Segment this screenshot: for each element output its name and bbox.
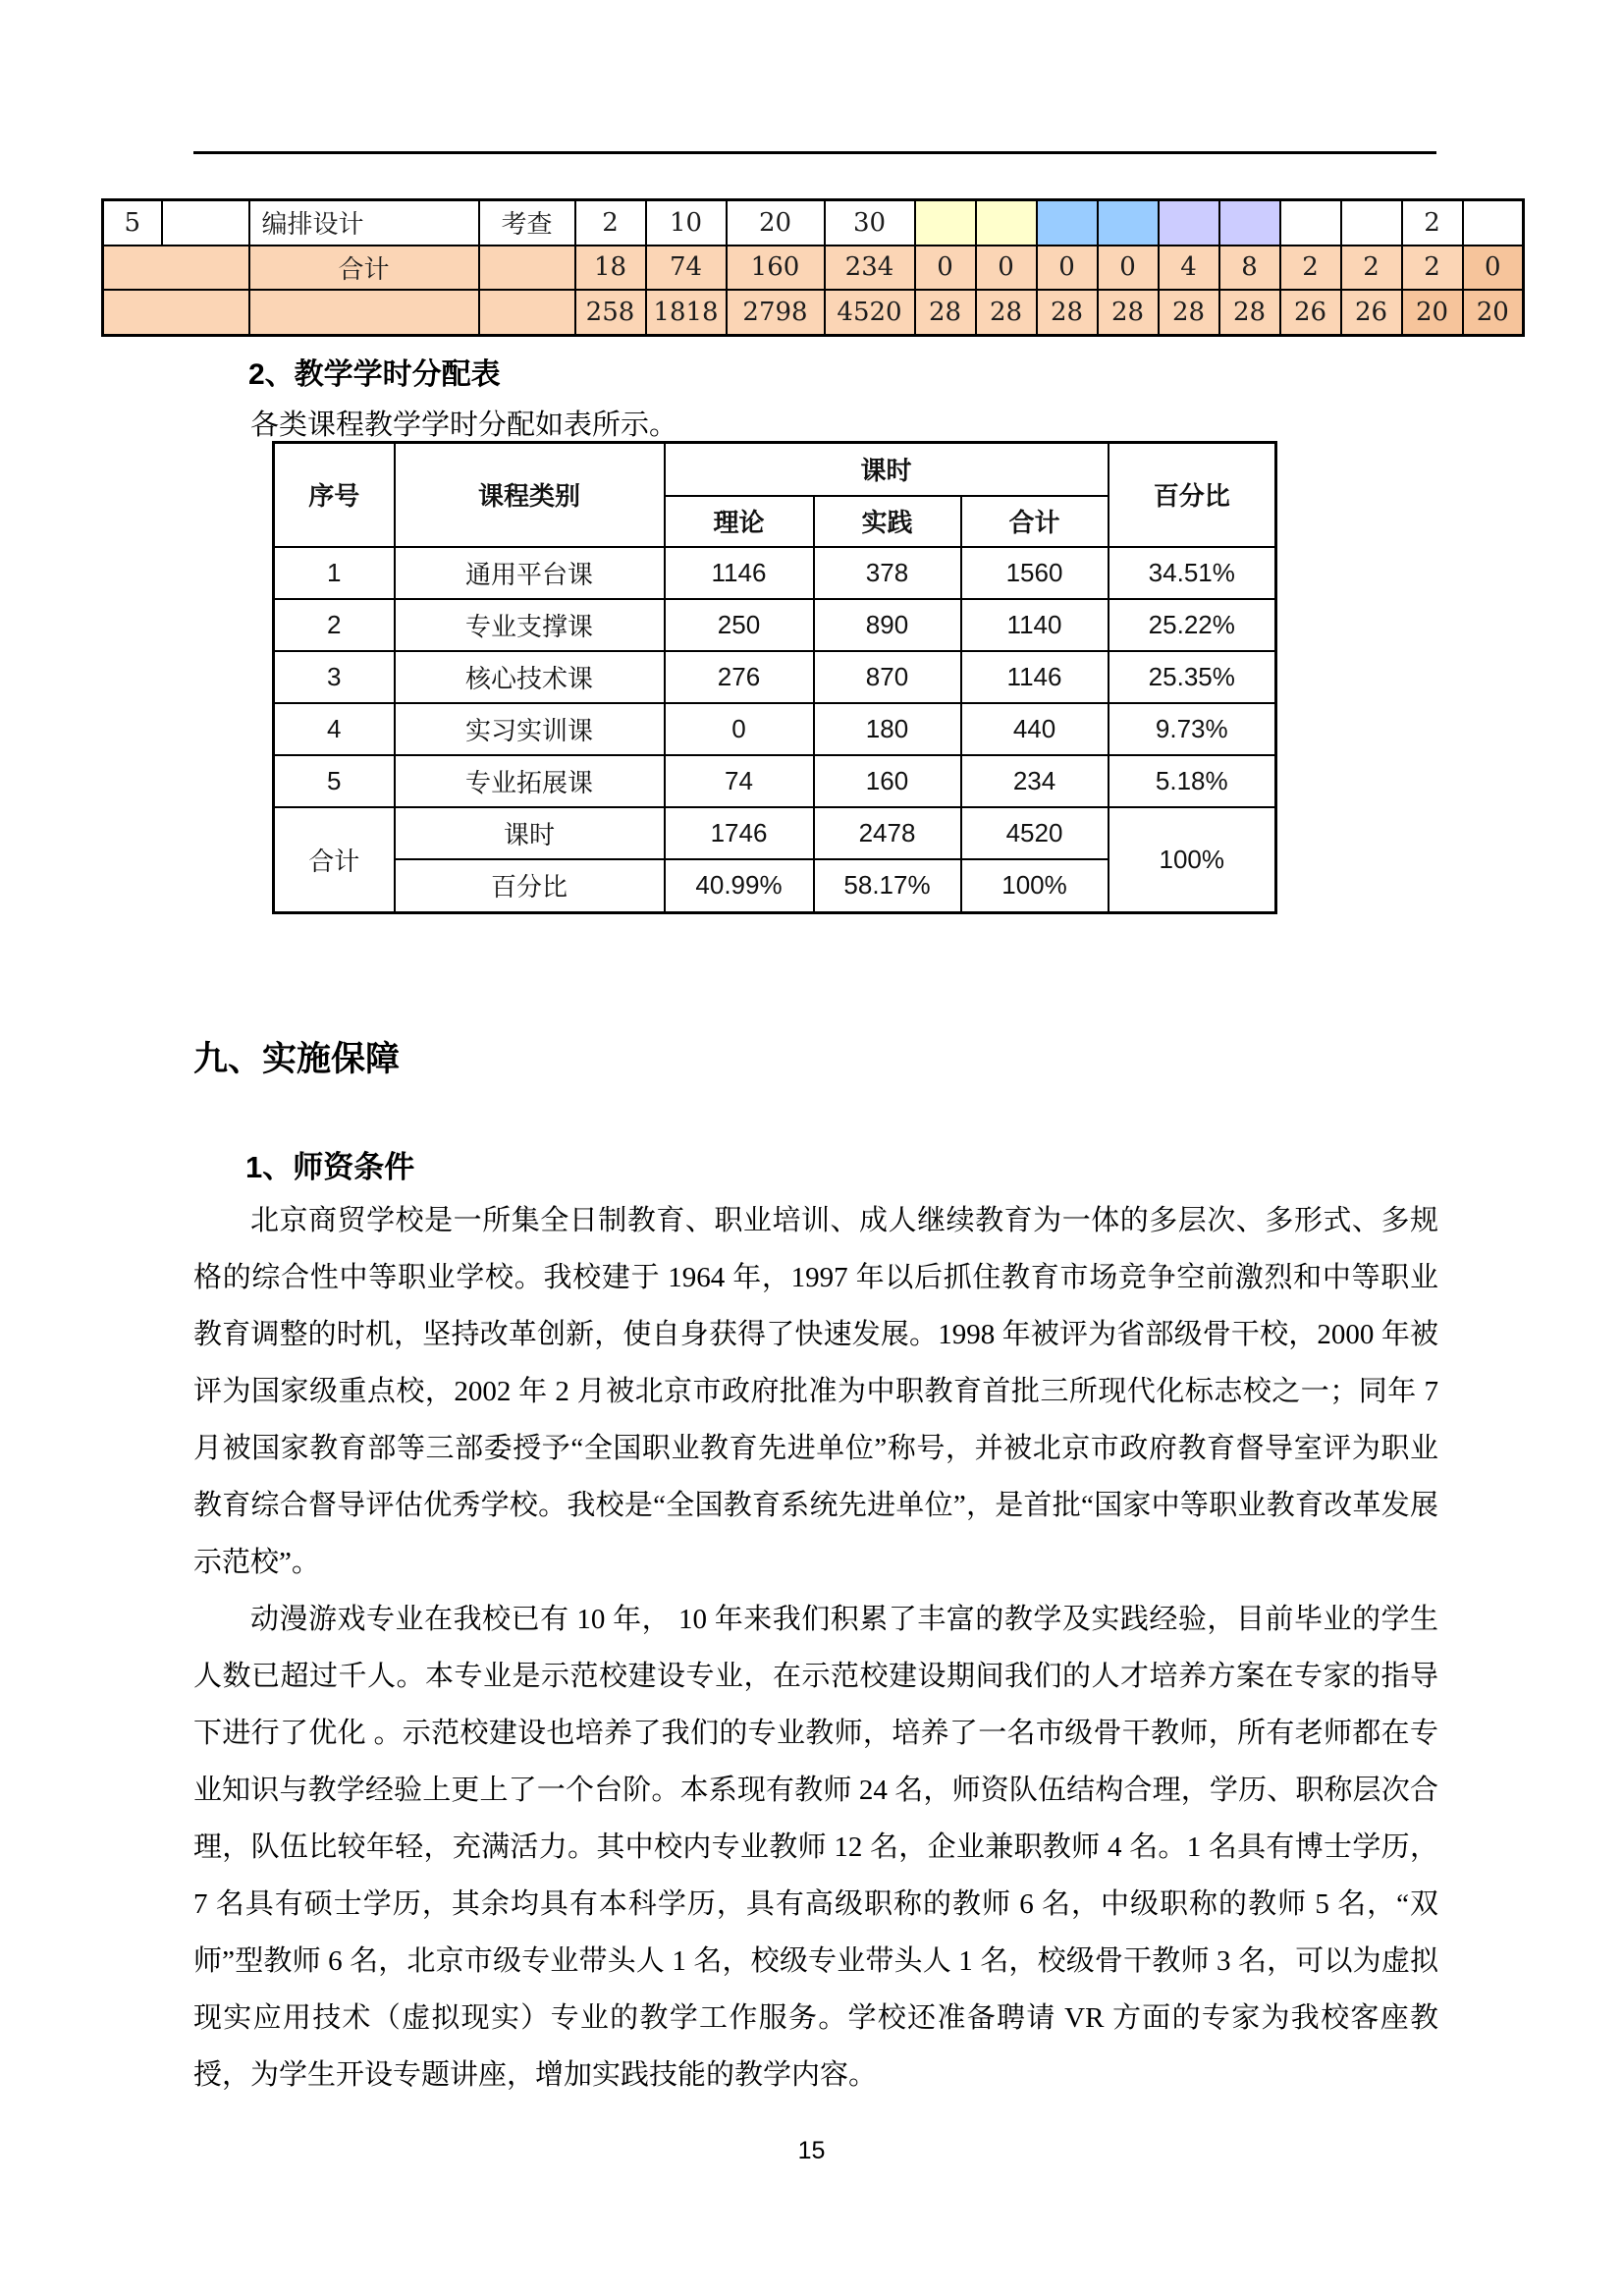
table-cell: 870 (814, 651, 961, 703)
table-cell: 1746 (665, 807, 814, 859)
table-cell: 234 (961, 755, 1109, 807)
table-cell: 8 (1219, 246, 1280, 290)
table-cell: 28 (1098, 290, 1159, 336)
table-cell: 2 (1402, 200, 1463, 246)
table-cell: 2798 (727, 290, 825, 336)
table-cell (249, 290, 479, 336)
table-cell: 3 (274, 651, 395, 703)
table-cell (1037, 200, 1098, 246)
table-cell (1463, 200, 1524, 246)
table-row: 1 通用平台课 1146 378 1560 34.51% (274, 547, 1276, 599)
hours-allocation-table: 序号 课程类别 课时 百分比 理论 实践 合计 1 通用平台课 1146 378… (272, 441, 1277, 914)
table-cell: 100% (961, 859, 1109, 913)
header-no: 序号 (274, 443, 395, 547)
table-cell: 26 (1280, 290, 1341, 336)
table-cell: 58.17% (814, 859, 961, 913)
table-cell: 28 (1219, 290, 1280, 336)
table-cell: 890 (814, 599, 961, 651)
table-cell: 4520 (961, 807, 1109, 859)
table-cell: 28 (976, 290, 1037, 336)
header-hours: 课时 (665, 443, 1109, 496)
table-cell: 2 (1280, 246, 1341, 290)
table-cell: 9.73% (1109, 703, 1276, 755)
table-cell: 2 (1341, 246, 1402, 290)
table-cell: 28 (915, 290, 976, 336)
table-cell: 180 (814, 703, 961, 755)
table-cell: 20 (1402, 290, 1463, 336)
table-cell: 74 (646, 246, 727, 290)
summary-hours-label-cell: 课时 (395, 807, 665, 859)
header-total: 合计 (961, 496, 1109, 547)
table-cell: 10 (646, 200, 727, 246)
table-cell: 4520 (825, 290, 915, 336)
table-cell: 实习实训课 (395, 703, 665, 755)
table-cell: 2 (1402, 246, 1463, 290)
table-cell: 0 (976, 246, 1037, 290)
header-rule (193, 151, 1436, 154)
table-cell (103, 290, 249, 336)
table-row: 2 专业支撑课 250 890 1140 25.22% (274, 599, 1276, 651)
table-row: 合计 18 74 160 234 0 0 0 0 4 8 2 2 2 0 (103, 246, 1524, 290)
table-cell: 258 (575, 290, 646, 336)
body-text: 北京商贸学校是一所集全日制教育、职业培训、成人继续教育为一体的多层次、多形式、多… (193, 1192, 1438, 2104)
table-cell: 0 (1463, 246, 1524, 290)
table-cell (1098, 200, 1159, 246)
table-cell: 专业拓展课 (395, 755, 665, 807)
overall-percent-cell: 100% (1109, 807, 1276, 913)
table-cell (1219, 200, 1280, 246)
page-number: 15 (0, 2137, 1623, 2165)
table-cell: 5 (274, 755, 395, 807)
table-cell (976, 200, 1037, 246)
table-cell: 专业支撑课 (395, 599, 665, 651)
table-row: 5 专业拓展课 74 160 234 5.18% (274, 755, 1276, 807)
table-cell (915, 200, 976, 246)
table-cell (479, 246, 575, 290)
table-cell: 2 (575, 200, 646, 246)
table-cell: 26 (1341, 290, 1402, 336)
course-plan-table: 5 编排设计 考查 2 10 20 30 2 合计 18 74 160 (101, 198, 1525, 337)
table-header-row: 序号 课程类别 课时 百分比 (274, 443, 1276, 496)
table-cell (162, 200, 249, 246)
section-heading-implementation: 九、实施保障 (193, 1032, 400, 1081)
table-cell: 5.18% (1109, 755, 1276, 807)
row-number-cell: 5 (103, 200, 162, 246)
summary-label-cell: 合计 (274, 807, 395, 913)
table-cell: 28 (1037, 290, 1098, 336)
table-cell: 378 (814, 547, 961, 599)
table-cell: 74 (665, 755, 814, 807)
table-cell: 核心技术课 (395, 651, 665, 703)
summary-percent-label-cell: 百分比 (395, 859, 665, 913)
table-cell: 0 (915, 246, 976, 290)
table-cell (479, 290, 575, 336)
table-cell: 18 (575, 246, 646, 290)
table-cell: 250 (665, 599, 814, 651)
table-row: 4 实习实训课 0 180 440 9.73% (274, 703, 1276, 755)
header-theory: 理论 (665, 496, 814, 547)
table-cell: 160 (814, 755, 961, 807)
table-row: 5 编排设计 考查 2 10 20 30 2 (103, 200, 1524, 246)
table-cell: 25.22% (1109, 599, 1276, 651)
table-cell: 28 (1159, 290, 1219, 336)
table-cell: 34.51% (1109, 547, 1276, 599)
table-cell: 276 (665, 651, 814, 703)
table-row: 258 1818 2798 4520 28 28 28 28 28 28 26 … (103, 290, 1524, 336)
table-cell: 160 (727, 246, 825, 290)
table-cell: 20 (727, 200, 825, 246)
table-cell: 通用平台课 (395, 547, 665, 599)
paragraph-faculty: 动漫游戏专业在我校已有 10 年， 10 年来我们积累了丰富的教学及实践经验，目… (193, 1591, 1438, 2104)
table-cell: 0 (1037, 246, 1098, 290)
header-percent: 百分比 (1109, 443, 1276, 547)
header-practice: 实践 (814, 496, 961, 547)
table-cell (1159, 200, 1219, 246)
hours-table-intro: 各类课程教学学时分配如表所示。 (250, 403, 677, 443)
table-row: 3 核心技术课 276 870 1146 25.35% (274, 651, 1276, 703)
exam-type-cell: 考查 (479, 200, 575, 246)
table-cell (103, 246, 249, 290)
table-cell: 1560 (961, 547, 1109, 599)
total-label-cell: 合计 (249, 246, 479, 290)
document-page: 5 编排设计 考查 2 10 20 30 2 合计 18 74 160 (0, 0, 1623, 2296)
table-cell: 0 (665, 703, 814, 755)
table-cell: 30 (825, 200, 915, 246)
table-summary-row: 合计 课时 1746 2478 4520 100% (274, 807, 1276, 859)
table-cell: 1818 (646, 290, 727, 336)
table-cell: 0 (1098, 246, 1159, 290)
table-cell: 2478 (814, 807, 961, 859)
table-cell: 1146 (961, 651, 1109, 703)
section-heading-hours-table: 2、教学学时分配表 (248, 350, 501, 393)
table-cell: 40.99% (665, 859, 814, 913)
table-cell: 1 (274, 547, 395, 599)
paragraph-school-intro: 北京商贸学校是一所集全日制教育、职业培训、成人继续教育为一体的多层次、多形式、多… (193, 1192, 1438, 1591)
table-cell: 440 (961, 703, 1109, 755)
table-cell: 2 (274, 599, 395, 651)
table-cell (1280, 200, 1341, 246)
table-cell: 1140 (961, 599, 1109, 651)
subsection-heading-teachers: 1、师资条件 (245, 1142, 414, 1186)
table-cell: 4 (1159, 246, 1219, 290)
course-name-cell: 编排设计 (249, 200, 479, 246)
table-cell: 25.35% (1109, 651, 1276, 703)
table-cell: 4 (274, 703, 395, 755)
table-cell (1341, 200, 1402, 246)
header-category: 课程类别 (395, 443, 665, 547)
table-cell: 1146 (665, 547, 814, 599)
table-cell: 234 (825, 246, 915, 290)
table-cell: 20 (1463, 290, 1524, 336)
